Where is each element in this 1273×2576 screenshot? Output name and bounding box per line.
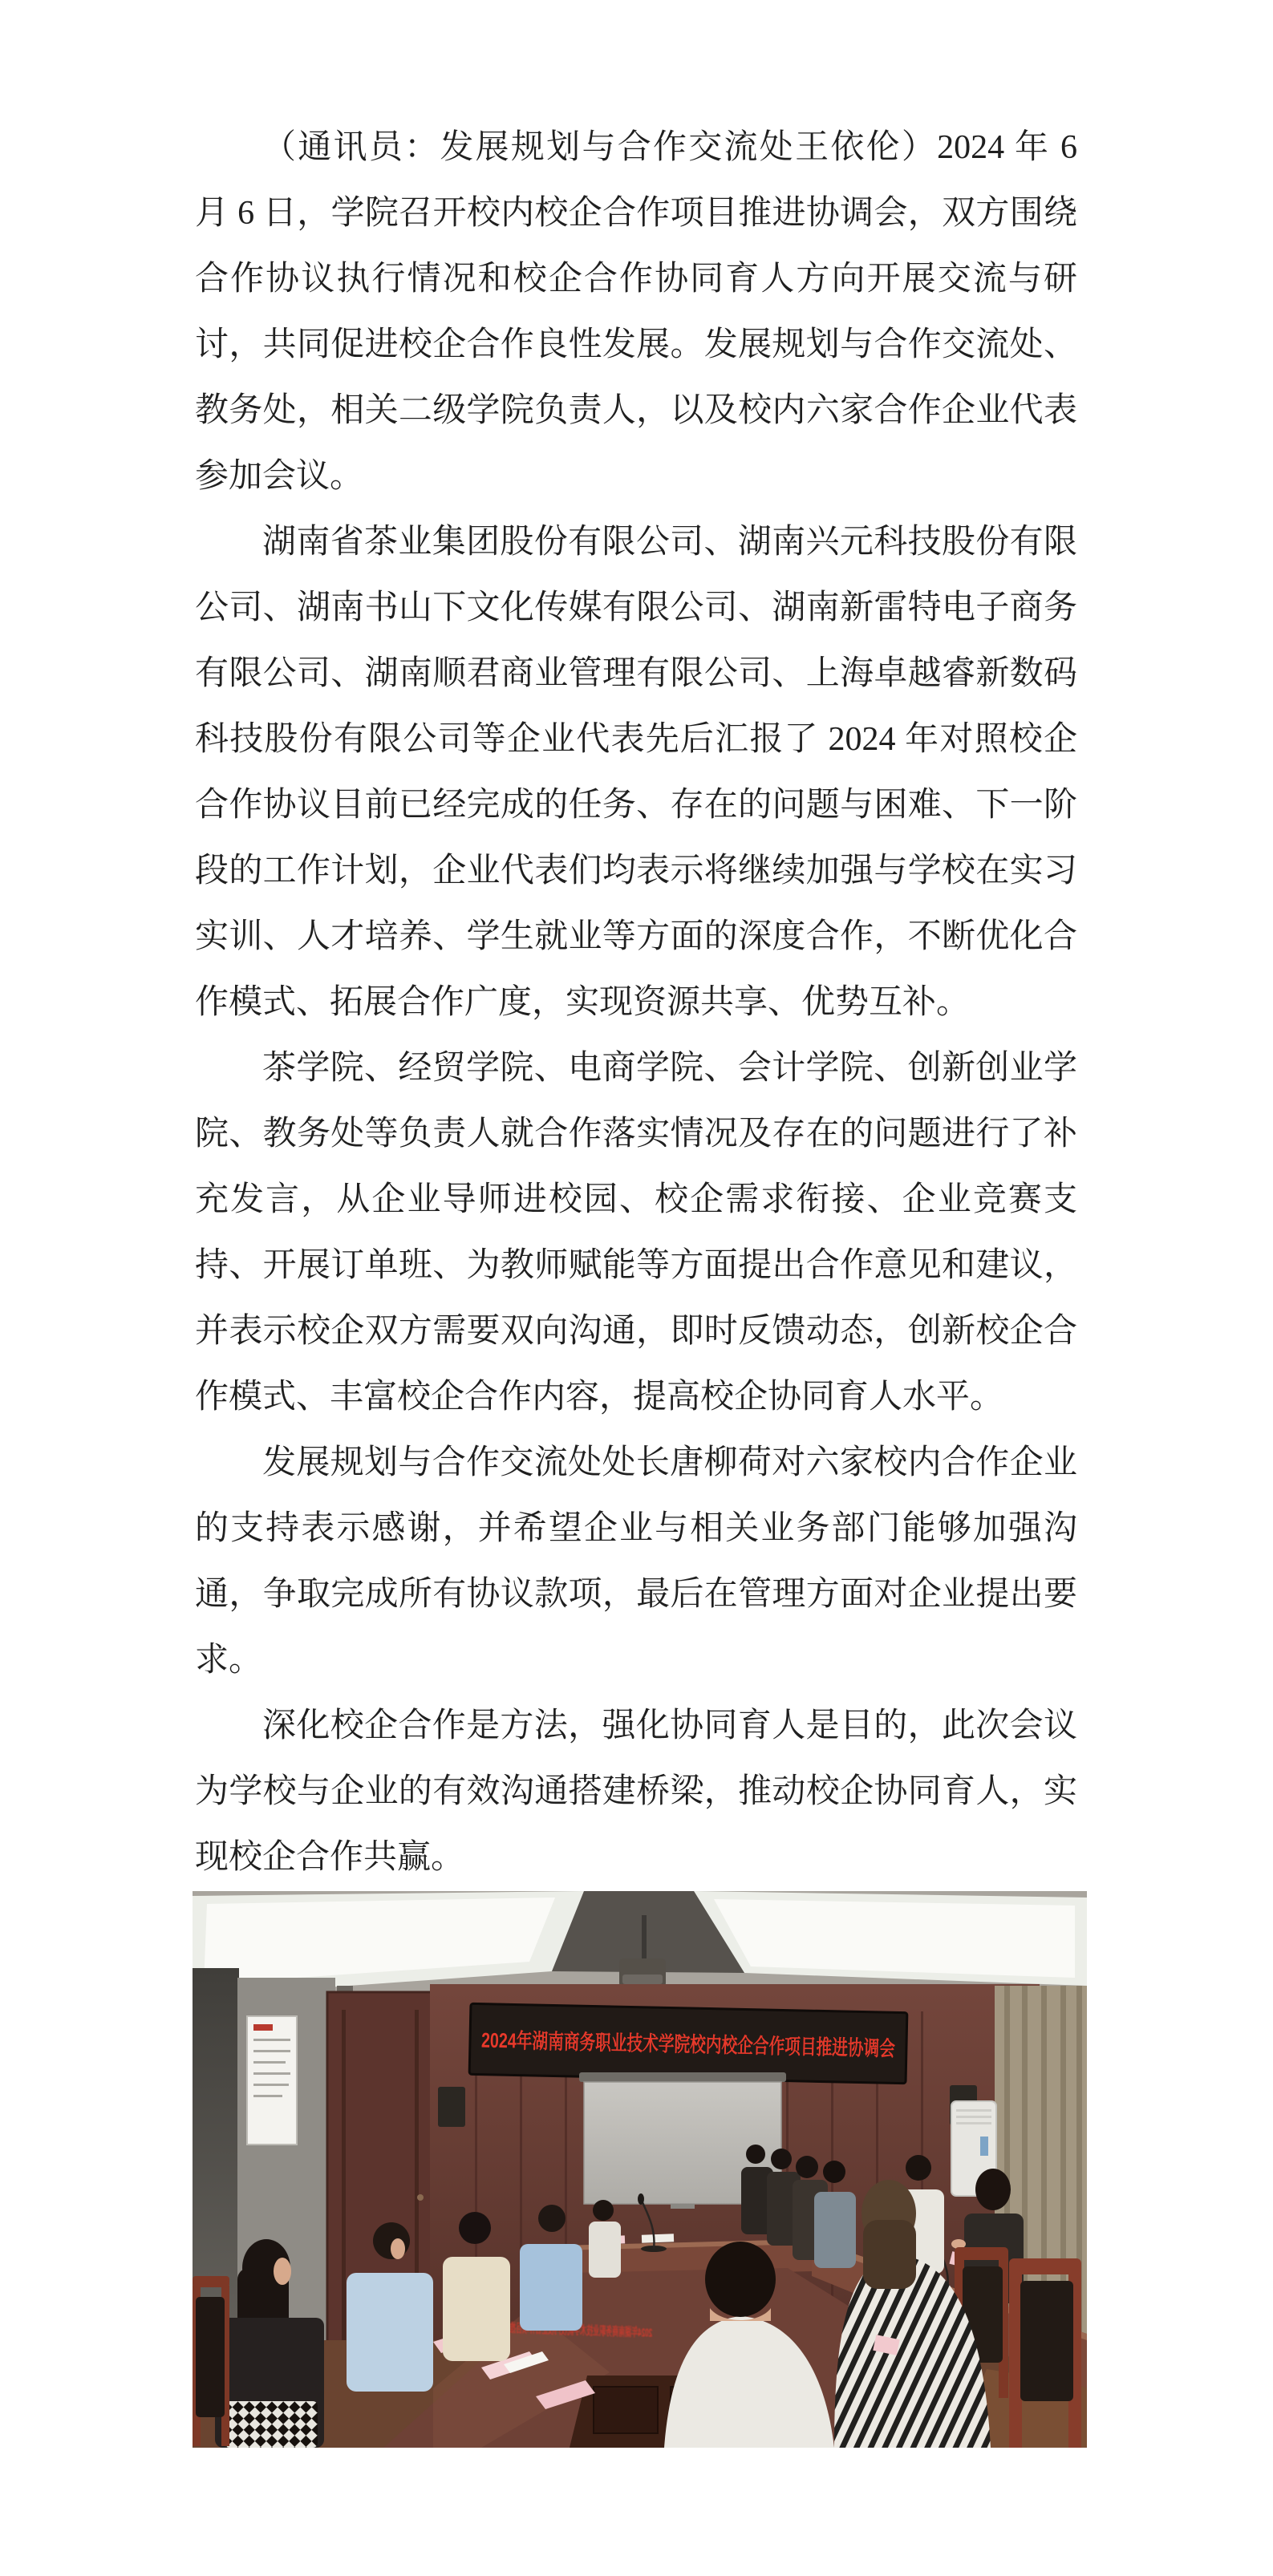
speaker-left xyxy=(438,2087,465,2127)
paragraph: （通讯员：发展规划与合作交流处王依伦）2024 年 6 月 6 日，学院召开校内… xyxy=(195,115,1077,509)
poster-frame xyxy=(247,2016,297,2145)
article-body: （通讯员：发展规划与合作交流处王依伦）2024 年 6 月 6 日，学院召开校内… xyxy=(195,115,1077,1890)
paragraph: 发展规划与合作交流处处长唐柳荷对六家校内合作企业的支持表示感谢，并希望企业与相关… xyxy=(195,1430,1077,1693)
meeting-photo-svg: 2024年湖南商务职业技术学院校内校企合作项目推进协调会 xyxy=(193,1891,1087,2448)
document-page: { "article": { "paragraphs": [ "（通讯员：发展规… xyxy=(0,0,1273,2576)
paragraph: 茶学院、经贸学院、电商学院、会计学院、创新创业学院、教务处等负责人就合作落实情况… xyxy=(195,1035,1077,1430)
paragraph: 湖南省茶业集团股份有限公司、湖南兴元科技股份有限公司、湖南书山下文化传媒有限公司… xyxy=(195,509,1077,1035)
meeting-photo: 2024年湖南商务职业技术学院校内校企合作项目推进协调会 xyxy=(193,1891,1087,2448)
led-banner: 2024年湖南商务职业技术学院校内校企合作项目推进协调会 xyxy=(469,2003,907,2083)
paragraph: 深化校企合作是方法，强化协同育人是目的，此次会议为学校与企业的有效沟通搭建桥梁，… xyxy=(195,1693,1077,1890)
